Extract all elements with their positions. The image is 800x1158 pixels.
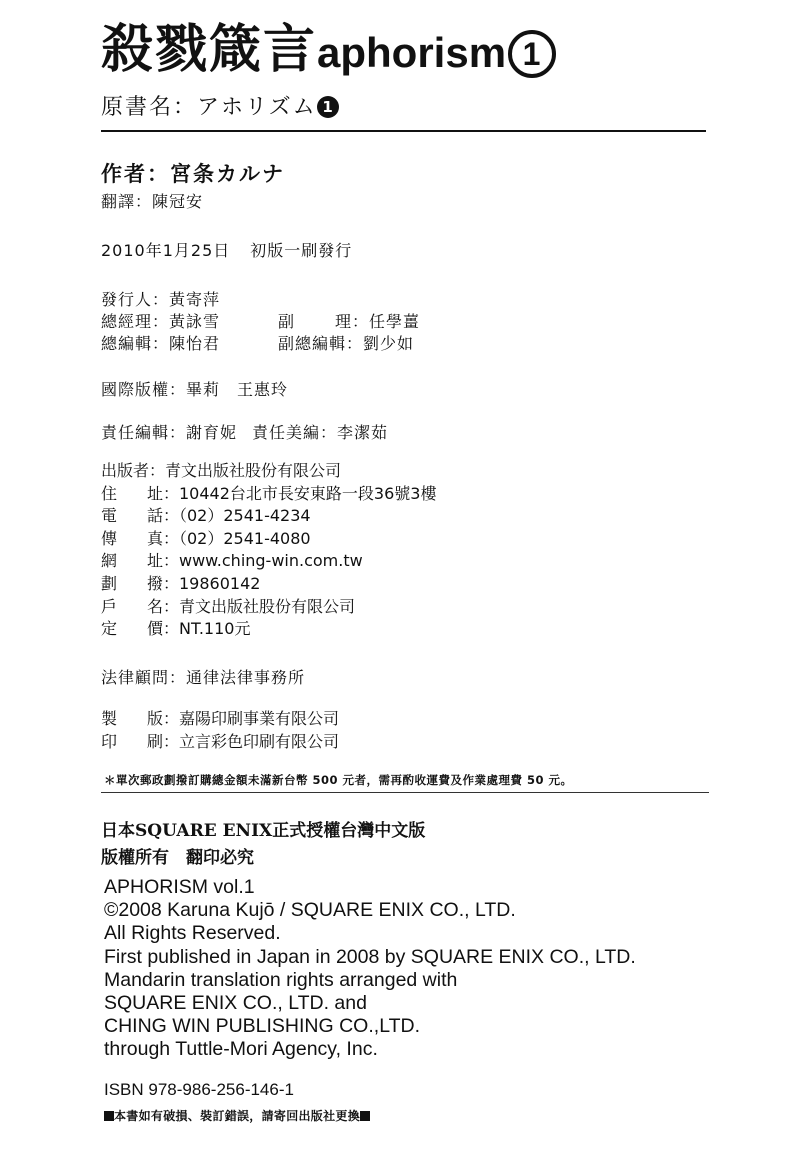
original-title-value: アホリズム xyxy=(197,95,317,120)
info-value: ：10442台北市長安東路一段36號3樓 xyxy=(163,483,436,506)
info-row: 網址：www.ching-win.com.tw xyxy=(101,550,436,573)
info-key-part: 出版者 xyxy=(101,460,149,483)
original-title-label: 原書名： xyxy=(101,95,197,120)
info-key-part: 戶 xyxy=(101,596,117,619)
info-key: 印刷 xyxy=(101,731,163,754)
info-value: ：青文出版社股份有限公司 xyxy=(163,596,355,619)
info-key-part: 電 xyxy=(101,505,117,528)
postal-order-footnote: ＊單次郵政劃撥訂購總金額未滿新台幣 500 元者，需再酌收運費及作業處理費 50… xyxy=(104,772,573,788)
deputy-manager-key: 副 xyxy=(278,312,295,331)
info-value: ：（02）2541-4234 xyxy=(163,505,311,528)
info-key-part: 名 xyxy=(147,596,163,619)
damage-notice-text: 本書如有破損、裝訂錯誤，請寄回出版社更換 xyxy=(114,1109,360,1123)
info-key-part: 網 xyxy=(101,550,117,573)
info-value: ：立言彩色印刷有限公司 xyxy=(163,731,339,754)
footnote-divider xyxy=(101,792,709,793)
info-key: 出版者 xyxy=(101,460,149,483)
publication-date: 2010年1月25日初版一刷發行 xyxy=(101,238,352,261)
english-line: All Rights Reserved. xyxy=(104,922,636,945)
title-cjk: 殺戮箴言 xyxy=(101,20,317,80)
english-copyright-block: APHORISM vol.1©2008 Karuna Kujō / SQUARE… xyxy=(104,876,636,1062)
info-row: 傳真：（02）2541-4080 xyxy=(101,528,436,551)
author: 作者：宮条カルナ xyxy=(101,158,285,188)
info-key-part: 價 xyxy=(147,618,163,641)
info-key-part: 刷 xyxy=(147,731,163,754)
info-row: 劃撥：19860142 xyxy=(101,573,436,596)
english-line: APHORISM vol.1 xyxy=(104,876,636,899)
translator: 翻譯：陳冠安 xyxy=(101,189,203,212)
info-key: 電話 xyxy=(101,505,163,528)
info-row: 戶名：青文出版社股份有限公司 xyxy=(101,596,436,619)
info-key-part: 住 xyxy=(101,483,117,506)
info-key-part: 定 xyxy=(101,618,117,641)
info-key: 定價 xyxy=(101,618,163,641)
responsible-art-editor: 責任美編：李潔茹 xyxy=(252,420,388,443)
title-divider xyxy=(101,130,706,132)
info-key-part: 印 xyxy=(101,731,117,754)
info-row: 定價：NT.110元 xyxy=(101,618,436,641)
info-key: 傳真 xyxy=(101,528,163,551)
info-value: ：www.ching-win.com.tw xyxy=(163,550,363,573)
info-key-part: 版 xyxy=(147,708,163,731)
info-value: ：嘉陽印刷事業有限公司 xyxy=(163,708,339,731)
english-line: First published in Japan in 2008 by SQUA… xyxy=(104,946,636,969)
deputy-manager: 副理：任學薑 xyxy=(278,309,420,332)
info-row: 製版：嘉陽印刷事業有限公司 xyxy=(101,708,339,731)
english-line: CHING WIN PUBLISHING CO.,LTD. xyxy=(104,1015,636,1038)
info-key-part: 真 xyxy=(147,528,163,551)
info-key: 戶名 xyxy=(101,596,163,619)
general-manager: 總經理：黃詠雪 xyxy=(101,309,220,332)
info-row: 電話：（02）2541-4234 xyxy=(101,505,436,528)
info-key: 劃撥 xyxy=(101,573,163,596)
date-value: 2010年1月25日 xyxy=(101,241,230,260)
info-row: 印刷：立言彩色印刷有限公司 xyxy=(101,731,339,754)
title-latin: aphorism xyxy=(317,29,506,76)
printing-info-list: 製版：嘉陽印刷事業有限公司印刷：立言彩色印刷有限公司 xyxy=(101,708,339,753)
info-row: 出版者：青文出版社股份有限公司 xyxy=(101,460,436,483)
international-rights: 國際版權：畢莉 王惠玲 xyxy=(101,377,288,400)
rights-reserved: 版權所有 翻印必究 xyxy=(101,843,254,868)
english-line: SQUARE ENIX CO., LTD. and xyxy=(104,992,636,1015)
info-key: 製版 xyxy=(101,708,163,731)
isbn: ISBN 978-986-256-146-1 xyxy=(104,1080,294,1100)
volume-dot-badge: 1 xyxy=(317,96,339,118)
square-bullet-icon xyxy=(104,1111,114,1121)
edition: 初版一刷發行 xyxy=(250,241,352,260)
damage-notice: 本書如有破損、裝訂錯誤，請寄回出版社更換 xyxy=(104,1107,370,1124)
english-line: ©2008 Karuna Kujō / SQUARE ENIX CO., LTD… xyxy=(104,899,636,922)
info-key-part: 撥 xyxy=(147,573,163,596)
info-key-part: 製 xyxy=(101,708,117,731)
info-key: 網址 xyxy=(101,550,163,573)
book-title: 殺戮箴言aphorism1 xyxy=(101,24,556,78)
info-value: ：青文出版社股份有限公司 xyxy=(149,460,341,483)
info-key-part: 址 xyxy=(147,483,163,506)
publishing-info-list: 出版者：青文出版社股份有限公司住址：10442台北市長安東路一段36號3樓電話：… xyxy=(101,460,436,641)
info-value: ：（02）2541-4080 xyxy=(163,528,311,551)
responsible-editor: 責任編輯：謝育妮 xyxy=(101,420,237,443)
info-key-part: 話 xyxy=(147,505,163,528)
original-title: 原書名：アホリズム1 xyxy=(101,90,339,121)
info-key-part: 傳 xyxy=(101,528,117,551)
english-line: through Tuttle-Mori Agency, Inc. xyxy=(104,1038,636,1061)
deputy-manager-value: 理：任學薑 xyxy=(335,312,420,331)
legal-advisor: 法律顧問：通律法律事務所 xyxy=(101,665,305,688)
info-value: ：19860142 xyxy=(163,573,260,596)
deputy-editor: 副總編輯：劉少如 xyxy=(278,331,414,354)
square-bullet-icon xyxy=(360,1111,370,1121)
publisher-person: 發行人：黃寄萍 xyxy=(101,287,220,310)
info-key-part: 劃 xyxy=(101,573,117,596)
info-key: 住址 xyxy=(101,483,163,506)
info-key-part: 址 xyxy=(147,550,163,573)
english-line: Mandarin translation rights arranged wit… xyxy=(104,969,636,992)
license-statement: 日本SQUARE ENIX正式授權台灣中文版 xyxy=(101,816,425,841)
info-row: 住址：10442台北市長安東路一段36號3樓 xyxy=(101,483,436,506)
info-value: ：NT.110元 xyxy=(163,618,250,641)
editor-in-chief: 總編輯：陳怡君 xyxy=(101,331,220,354)
volume-circle-badge: 1 xyxy=(508,30,556,78)
